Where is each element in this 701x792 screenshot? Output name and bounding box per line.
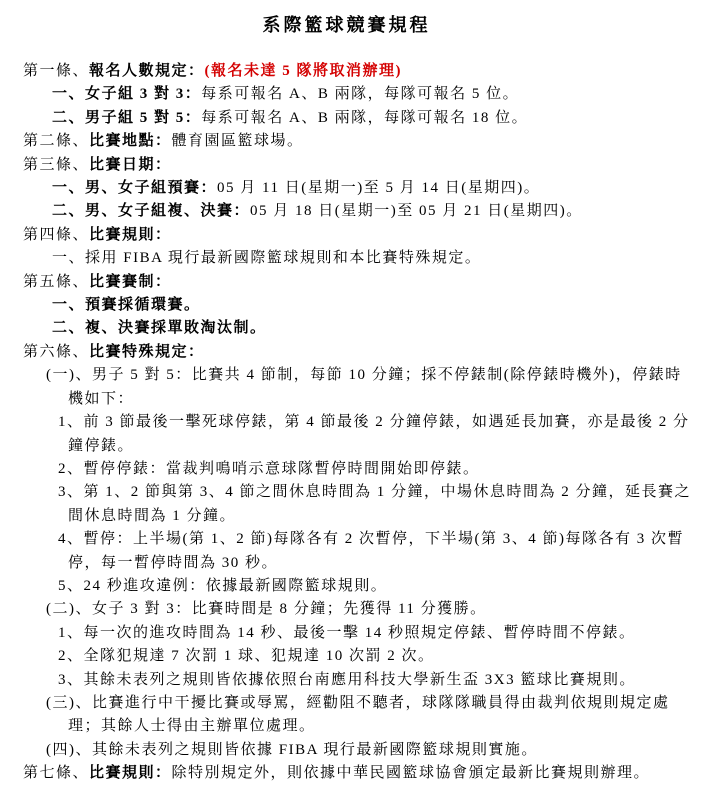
text-run: (四)、其餘未表列之規則皆依據 FIBA 現行最新國際籃球規則實施。 — [46, 742, 538, 758]
text-line: 4、暫停：上半場(第 1、2 節)每隊各有 2 次暫停，下半場(第 3、4 節)… — [0, 528, 693, 575]
text-run: 2、全隊犯規達 7 次罰 1 球、犯規達 10 次罰 2 次。 — [58, 648, 435, 664]
text-line: 二、男子組 5 對 5：每系可報名 A、B 兩隊，每隊可報名 18 位。 — [0, 107, 693, 130]
text-run: 除特別規定外，則依據中華民國籃球協會頒定最新比賽規則辦理。 — [172, 765, 651, 781]
text-run: (二)、女子 3 對 3：比賽時間是 8 分鐘；先獲得 11 分獲勝。 — [46, 601, 487, 617]
text-run: 比賽規則： — [89, 227, 172, 243]
text-run: 第三條、 — [23, 157, 89, 173]
text-line: 一、女子組 3 對 3：每系可報名 A、B 兩隊，每隊可報名 5 位。 — [0, 83, 693, 106]
text-line: 第三條、比賽日期： — [0, 154, 693, 177]
text-run: 3、第 1、2 節與第 3、4 節之間休息時間為 1 分鐘，中場休息時間為 2 … — [58, 484, 691, 523]
text-run: 一、女子組 3 對 3： — [52, 86, 201, 102]
text-run: 第一條、 — [23, 63, 89, 79]
text-line: (一)、男子 5 對 5：比賽共 4 節制，每節 10 分鐘；採不停錶制(除停錶… — [0, 364, 693, 411]
text-run: 第六條、 — [23, 344, 89, 360]
document-page: 系際籃球競賽規程 第一條、報名人數規定：(報名未達 5 隊將取消辦理)一、女子組… — [0, 0, 701, 786]
text-run: 報名人數規定： — [89, 63, 205, 79]
text-line: 1、前 3 節最後一擊死球停錶，第 4 節最後 2 分鐘停錶，如遇延長加賽，亦是… — [0, 411, 693, 458]
text-run: (三)、比賽進行中干擾比賽或辱罵，經勸阻不聽者，球隊隊職員得由裁判依規則規定處理… — [46, 695, 670, 734]
text-run: 每系可報名 A、B 兩隊，每隊可報名 5 位。 — [201, 86, 519, 102]
text-line: 一、預賽採循環賽。 — [0, 294, 693, 317]
text-line: (四)、其餘未表列之規則皆依據 FIBA 現行最新國際籃球規則實施。 — [0, 739, 693, 762]
text-run: 5、24 秒進攻違例：依據最新國際籃球規則。 — [58, 578, 387, 594]
text-line: 3、第 1、2 節與第 3、4 節之間休息時間為 1 分鐘，中場休息時間為 2 … — [0, 481, 693, 528]
text-line: 一、男、女子組預賽：05 月 11 日(星期一)至 5 月 14 日(星期四)。 — [0, 177, 693, 200]
text-line: 第六條、比賽特殊規定： — [0, 341, 693, 364]
text-run: 第四條、 — [23, 227, 89, 243]
text-line: (三)、比賽進行中干擾比賽或辱罵，經勸阻不聽者，球隊隊職員得由裁判依規則規定處理… — [0, 692, 693, 739]
text-line: 第七條、比賽規則：除特別規定外，則依據中華民國籃球協會頒定最新比賽規則辦理。 — [0, 762, 693, 785]
text-run: 第五條、 — [23, 274, 89, 290]
text-run: 比賽賽制： — [89, 274, 172, 290]
text-run: 體育園區籃球場。 — [172, 133, 304, 149]
text-run: 一、預賽採循環賽。 — [52, 297, 201, 313]
text-line: 一、採用 FIBA 現行最新國際籃球規則和本比賽特殊規定。 — [0, 247, 693, 270]
text-run: (一)、男子 5 對 5：比賽共 4 節制，每節 10 分鐘；採不停錶制(除停錶… — [46, 367, 682, 406]
text-line: 第二條、比賽地點：體育園區籃球場。 — [0, 130, 693, 153]
text-run: 3、其餘未表列之規則皆依據依照台南應用科技大學新生盃 3X3 籃球比賽規則。 — [58, 672, 636, 688]
text-line: 第一條、報名人數規定：(報名未達 5 隊將取消辦理) — [0, 60, 693, 83]
text-run: 4、暫停：上半場(第 1、2 節)每隊各有 2 次暫停，下半場(第 3、4 節)… — [58, 531, 684, 570]
text-run: 05 月 11 日(星期一)至 5 月 14 日(星期四)。 — [217, 180, 540, 196]
document-body: 第一條、報名人數規定：(報名未達 5 隊將取消辦理)一、女子組 3 對 3：每系… — [0, 60, 693, 786]
text-line: 第五條、比賽賽制： — [0, 271, 693, 294]
text-run: 二、男子組 5 對 5： — [52, 110, 201, 126]
text-run: 1、前 3 節最後一擊死球停錶，第 4 節最後 2 分鐘停錶，如遇延長加賽，亦是… — [58, 414, 690, 453]
text-run: 一、男、女子組預賽： — [52, 180, 217, 196]
text-run: 比賽日期： — [89, 157, 172, 173]
warning-text-run: (報名未達 5 隊將取消辦理) — [205, 63, 403, 79]
text-line: 5、24 秒進攻違例：依據最新國際籃球規則。 — [0, 575, 693, 598]
document-title: 系際籃球競賽規程 — [0, 12, 693, 38]
text-run: 比賽規則： — [89, 765, 172, 781]
text-run: 二、複、決賽採單敗淘汰制。 — [52, 320, 267, 336]
text-run: 比賽地點： — [89, 133, 172, 149]
text-run: 2、暫停停錶：當裁判鳴哨示意球隊暫停時間開始即停錶。 — [58, 461, 480, 477]
text-line: 2、暫停停錶：當裁判鳴哨示意球隊暫停時間開始即停錶。 — [0, 458, 693, 481]
text-line: (二)、女子 3 對 3：比賽時間是 8 分鐘；先獲得 11 分獲勝。 — [0, 598, 693, 621]
text-run: 第七條、 — [23, 765, 89, 781]
text-run: 一、採用 FIBA 現行最新國際籃球規則和本比賽特殊規定。 — [52, 250, 481, 266]
text-line: 1、每一次的進攻時間為 14 秒、最後一擊 14 秒照規定停錶、暫停時間不停錶。 — [0, 622, 693, 645]
text-line: 第四條、比賽規則： — [0, 224, 693, 247]
text-run: 每系可報名 A、B 兩隊，每隊可報名 18 位。 — [201, 110, 528, 126]
text-run: 二、男、女子組複、決賽： — [52, 203, 250, 219]
text-line: 二、複、決賽採單敗淘汰制。 — [0, 317, 693, 340]
text-run: 05 月 18 日(星期一)至 05 月 21 日(星期四)。 — [250, 203, 583, 219]
text-line: 二、男、女子組複、決賽：05 月 18 日(星期一)至 05 月 21 日(星期… — [0, 200, 693, 223]
text-run: 第二條、 — [23, 133, 89, 149]
text-line: 2、全隊犯規達 7 次罰 1 球、犯規達 10 次罰 2 次。 — [0, 645, 693, 668]
text-run: 1、每一次的進攻時間為 14 秒、最後一擊 14 秒照規定停錶、暫停時間不停錶。 — [58, 625, 636, 641]
text-run: 比賽特殊規定： — [89, 344, 205, 360]
text-line: 3、其餘未表列之規則皆依據依照台南應用科技大學新生盃 3X3 籃球比賽規則。 — [0, 669, 693, 692]
